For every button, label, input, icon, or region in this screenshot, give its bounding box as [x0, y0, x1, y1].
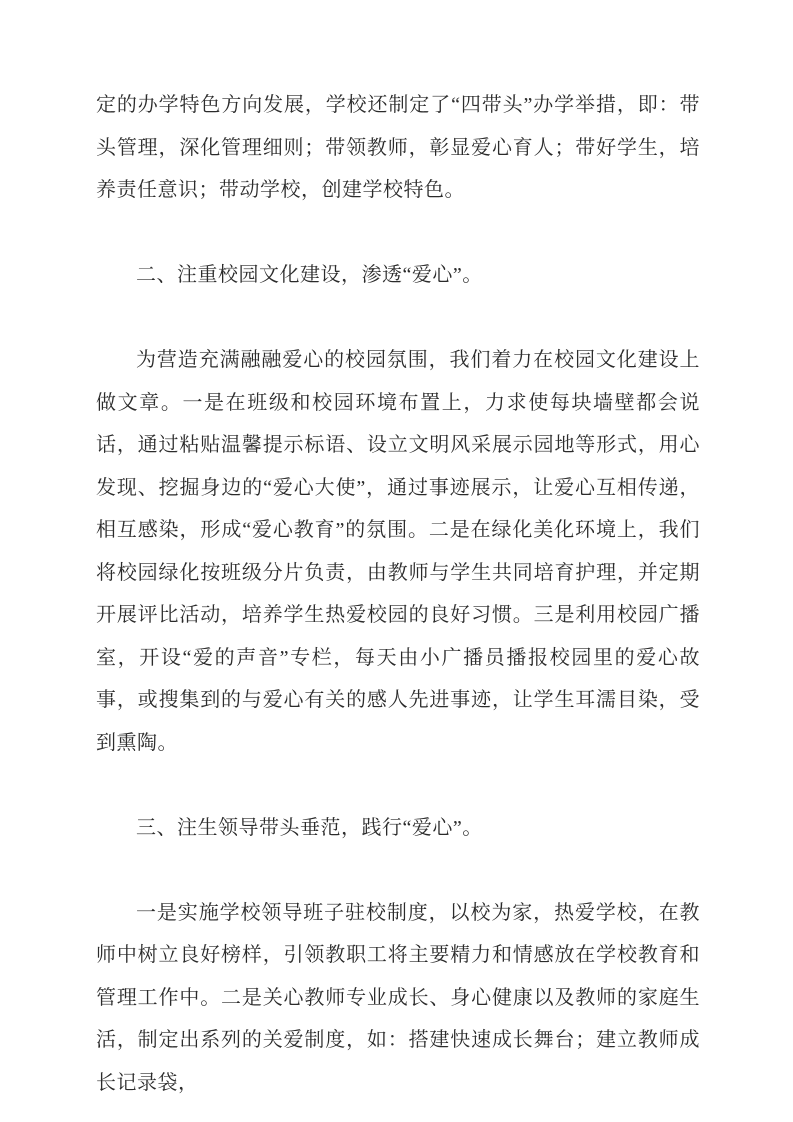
paragraph-continuation: 定的办学特色方向发展，学校还制定了“四带头”办学举措，即：带头管理，深化管理细则…: [96, 84, 700, 212]
paragraph-section-2: 为营造充满融融爱心的校园氛围，我们着力在校园文化建设上做文章。一是在班级和校园环…: [96, 339, 700, 764]
section-heading-2: 二、注重校园文化建设，渗透“爱心”。: [96, 254, 700, 297]
document-body: 定的办学特色方向发展，学校还制定了“四带头”办学举措，即：带头管理，深化管理细则…: [96, 84, 700, 1104]
paragraph-section-3: 一是实施学校领导班子驻校制度，以校为家，热爱学校，在教师中树立良好榜样，引领教职…: [96, 892, 700, 1105]
document-page: 定的办学特色方向发展，学校还制定了“四带头”办学举措，即：带头管理，深化管理细则…: [0, 0, 793, 1122]
section-heading-3: 三、注生领导带头垂范，践行“爱心”。: [96, 807, 700, 850]
